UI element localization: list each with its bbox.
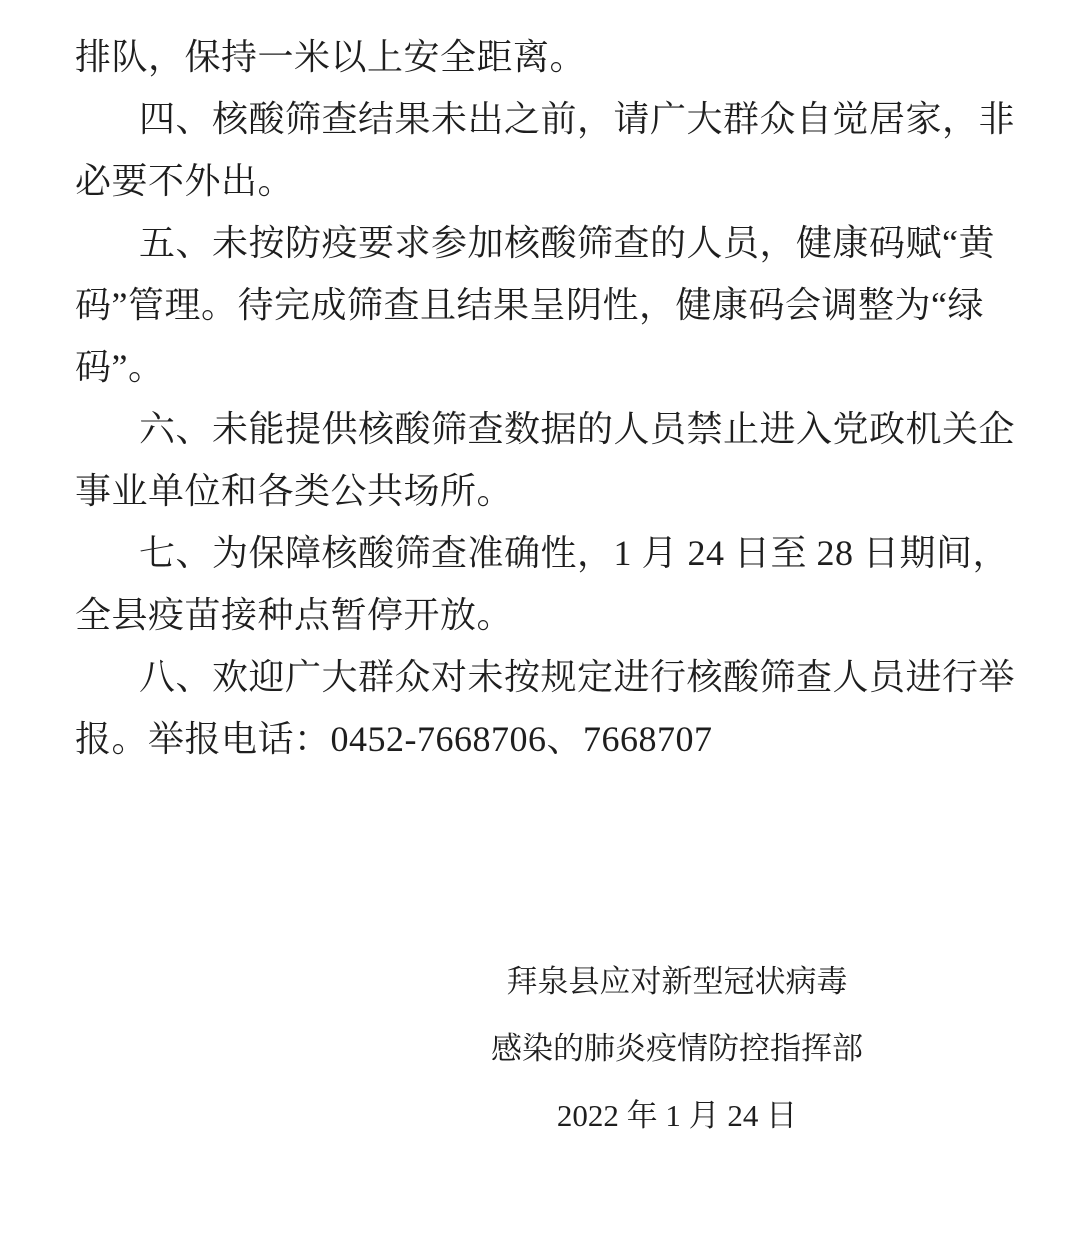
signature-org-line-2: 感染的肺炎疫情防控指挥部: [430, 1015, 924, 1082]
body-line: 排队，保持一米以上安全距离。: [75, 26, 1027, 88]
signature-date: 2022 年 1 月 24 日: [430, 1082, 924, 1149]
document-page: 排队，保持一米以上安全距离。 四、核酸筛查结果未出之前，请广大群众自觉居家，非 …: [0, 0, 1080, 1251]
signature-org-line-1: 拜泉县应对新型冠状病毒: [430, 948, 924, 1015]
body-line: 码”。: [75, 336, 1027, 398]
document-body: 排队，保持一米以上安全距离。 四、核酸筛查结果未出之前，请广大群众自觉居家，非 …: [75, 26, 1027, 770]
body-line: 全县疫苗接种点暂停开放。: [75, 584, 1027, 646]
body-line: 五、未按防疫要求参加核酸筛查的人员，健康码赋“黄: [75, 212, 1027, 274]
body-line: 六、未能提供核酸筛查数据的人员禁止进入党政机关企: [75, 398, 1027, 460]
body-line: 码”管理。待完成筛查且结果呈阴性，健康码会调整为“绿: [75, 274, 1027, 336]
body-line: 必要不外出。: [75, 150, 1027, 212]
signature-block: 拜泉县应对新型冠状病毒 感染的肺炎疫情防控指挥部 2022 年 1 月 24 日: [430, 948, 924, 1149]
body-line: 报。举报电话：0452-7668706、7668707: [75, 708, 1027, 770]
body-line: 七、为保障核酸筛查准确性，1 月 24 日至 28 日期间，: [75, 522, 1027, 584]
body-line: 事业单位和各类公共场所。: [75, 460, 1027, 522]
body-line: 四、核酸筛查结果未出之前，请广大群众自觉居家，非: [75, 88, 1027, 150]
body-line: 八、欢迎广大群众对未按规定进行核酸筛查人员进行举: [75, 646, 1027, 708]
